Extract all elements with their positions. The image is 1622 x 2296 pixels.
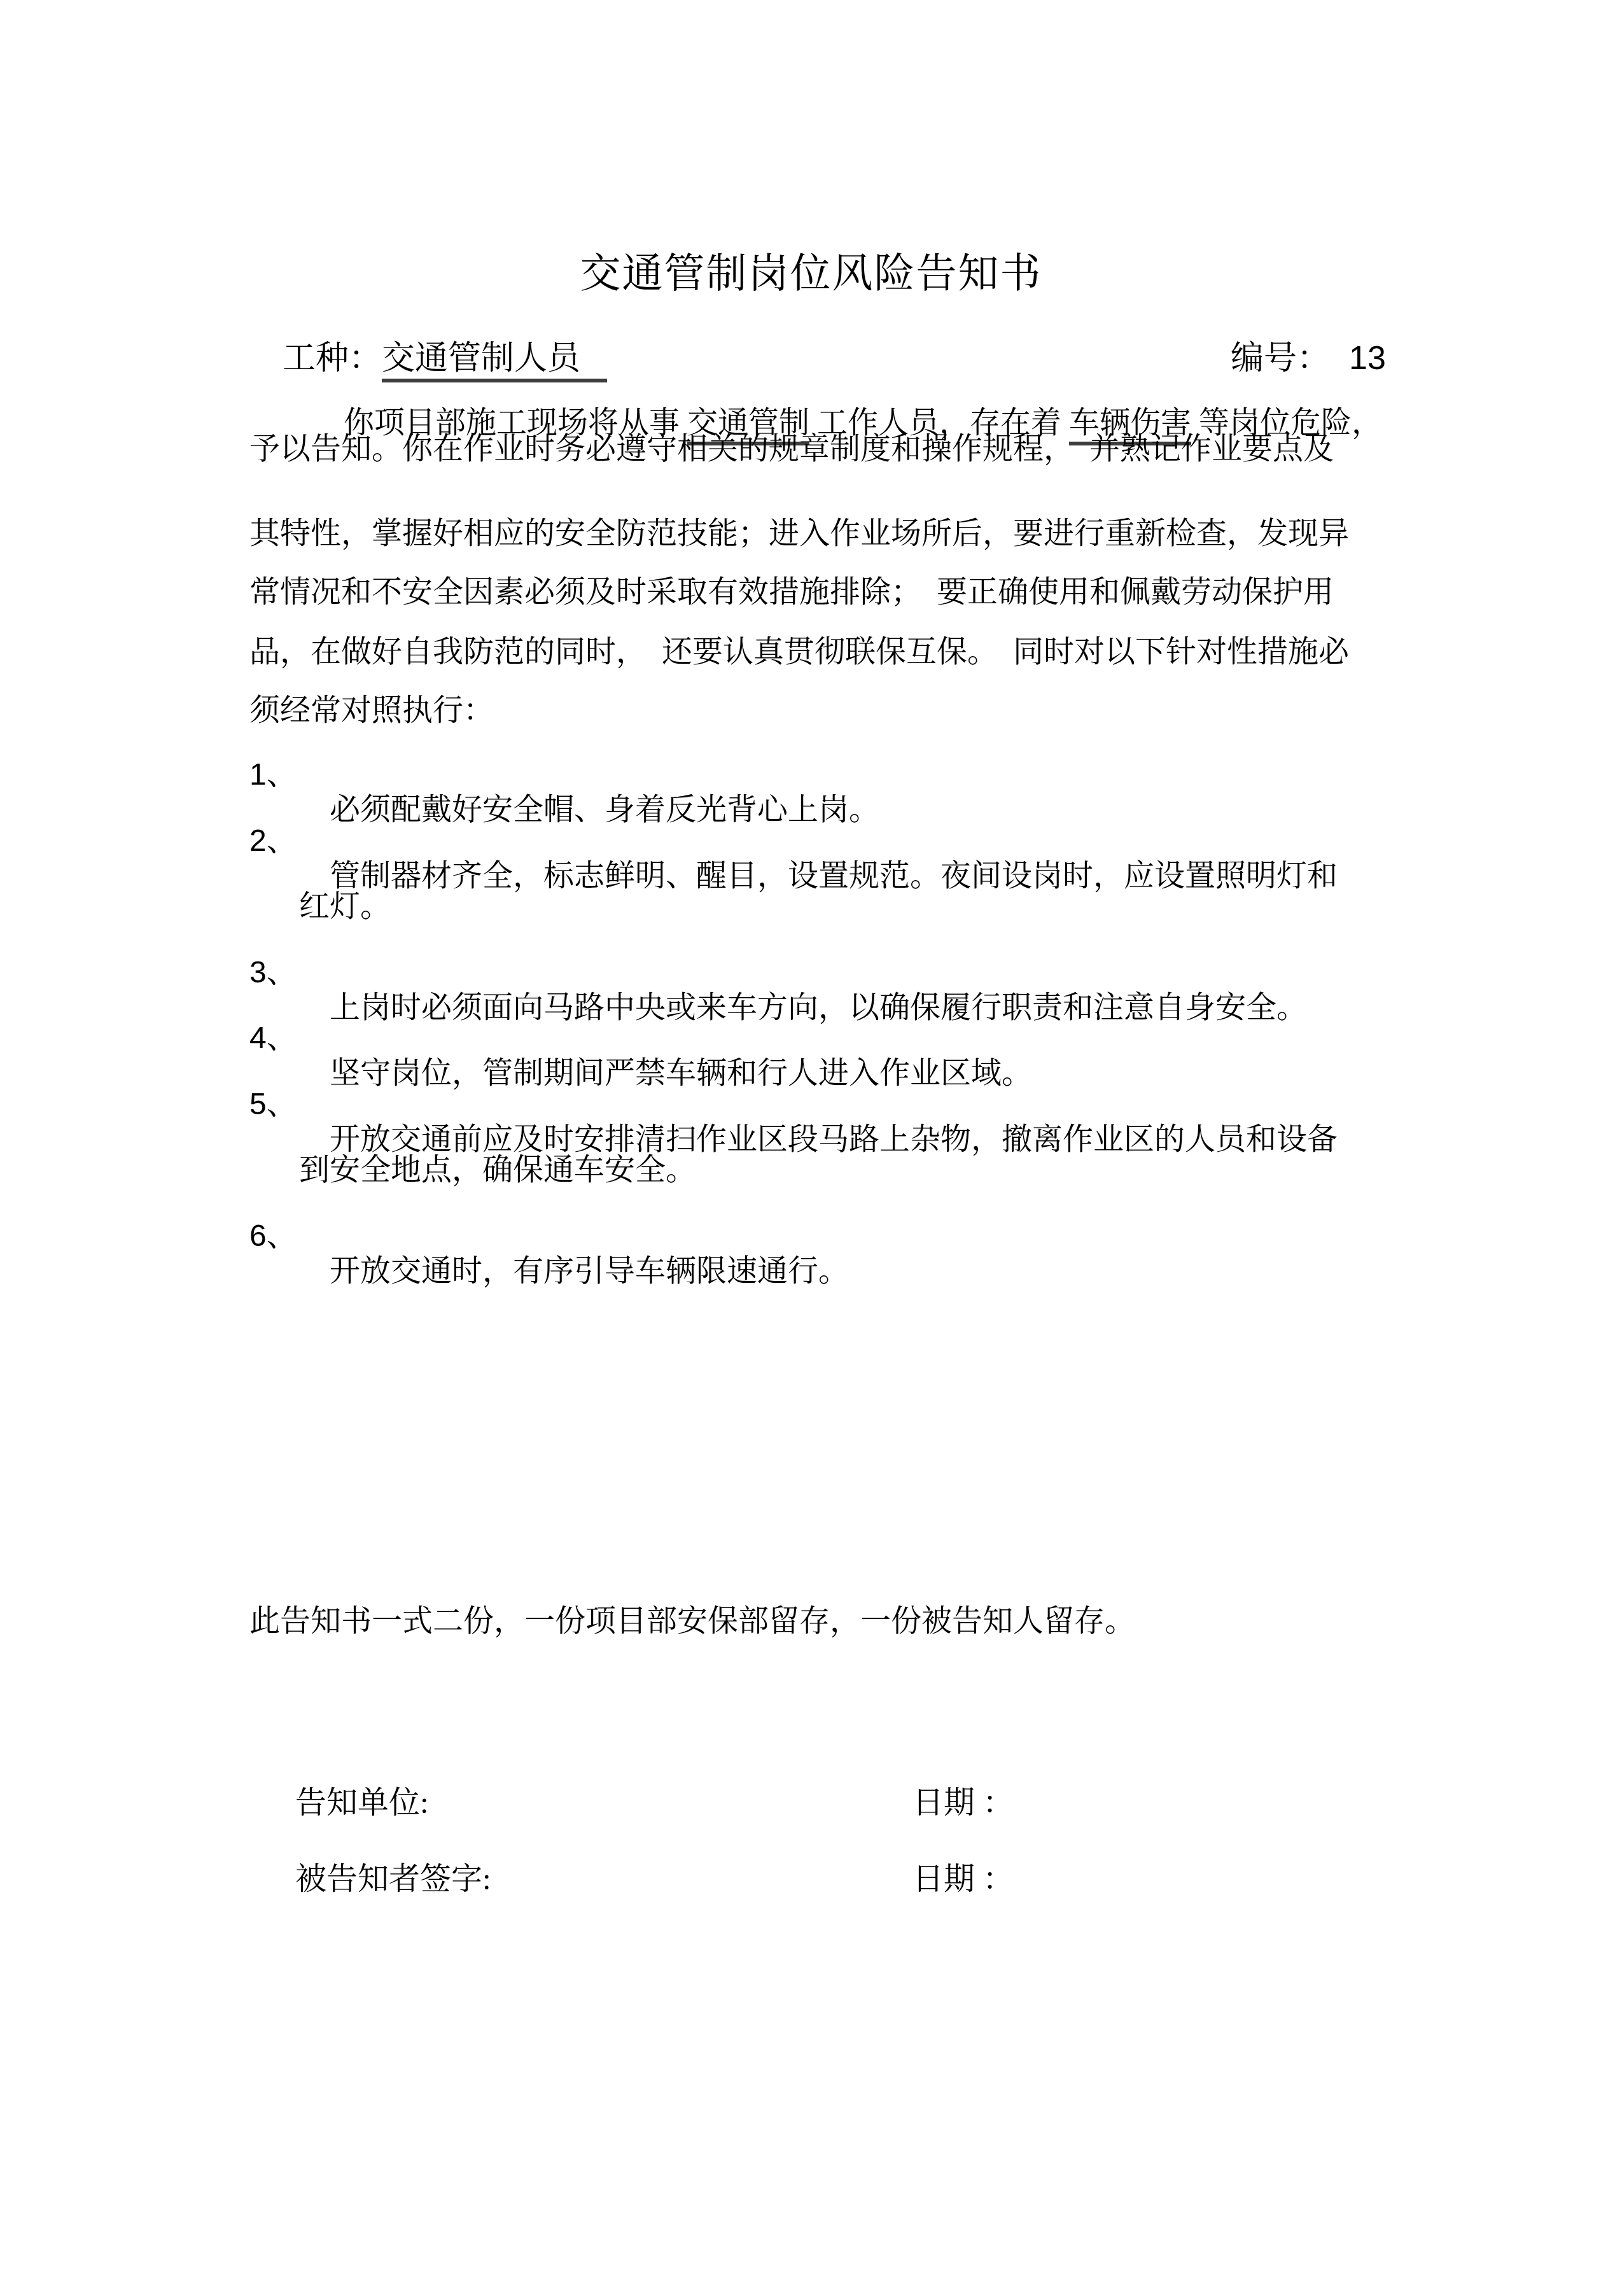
intro-line-5: 品，在做好自我防范的同时， 还要认真贯彻联保互保。 同时对以下针对性措施必	[249, 634, 1349, 669]
distribution-note: 此告知书一式二份，一份项目部安保部留存，一份被告知人留存。	[249, 1604, 1135, 1639]
measure-item-1-text: 必须配戴好安全帽、身着反光背心上岗。	[330, 793, 879, 827]
notified-signature-label: 被告知者签字:	[295, 1861, 491, 1897]
intro-line-4: 常情况和不安全因素必须及时采取有效措施排除； 要正确使用和佩戴劳动保护用	[249, 575, 1334, 610]
document-page: 交通管制岗位风险告知书 工种：交通管制人员 编号：13 你项目部施工现场将从事 …	[0, 0, 1622, 2296]
page-title: 交通管制岗位风险告知书	[0, 241, 1622, 299]
measure-item-6-number: 6、	[249, 1219, 297, 1254]
measure-item-5-text: 开放交通前应及时安排清扫作业区段马路上杂物，撤离作业区的人员和设备	[330, 1123, 1338, 1156]
measure-item-5-continuation: 到安全地点，确保通车安全。	[249, 1152, 696, 1187]
measure-item-4-text: 坚守岗位，管制期间严禁车辆和行人进入作业区域。	[330, 1056, 1032, 1090]
measure-item-2-number: 2、	[249, 823, 297, 858]
measure-item-1-number: 1、	[249, 757, 297, 792]
measure-item-2-continuation: 红灯。	[249, 889, 391, 924]
measure-item-3-number: 3、	[249, 955, 297, 990]
intro-line-3: 其特性，掌握好相应的安全防范技能；进入作业场所后，要进行重新检查，发现异	[249, 516, 1349, 551]
measure-item-5-number: 5、	[249, 1087, 297, 1122]
measure-item-2-text: 管制器材齐全，标志鲜明、醒目，设置规范。夜间设岗时，应设置照明灯和	[330, 859, 1338, 893]
date-label-1: 日期 ：	[912, 1785, 1014, 1821]
measure-item-6-text: 开放交通时，有序引导车辆限速通行。	[330, 1254, 849, 1288]
measure-item-3-text: 上岗时必须面向马路中央或来车方向，以确保履行职责和注意自身安全。	[330, 991, 1307, 1025]
intro-line-2: 予以告知。你在作业时务必遵守相关的规章制度和操作规程， 并熟记作业要点及	[249, 431, 1334, 466]
date-label-2: 日期 ：	[912, 1861, 1014, 1897]
measure-item-6: 6、开放交通时，有序引导车辆限速通行。	[249, 1219, 849, 1324]
measure-item-2: 2、管制器材齐全，标志鲜明、醒目，设置规范。夜间设岗时，应设置照明灯和	[249, 823, 1338, 929]
measure-item-4-number: 4、	[249, 1021, 297, 1056]
notifying-unit-label: 告知单位:	[295, 1785, 429, 1821]
intro-line-6: 须经常对照执行：	[249, 693, 494, 728]
